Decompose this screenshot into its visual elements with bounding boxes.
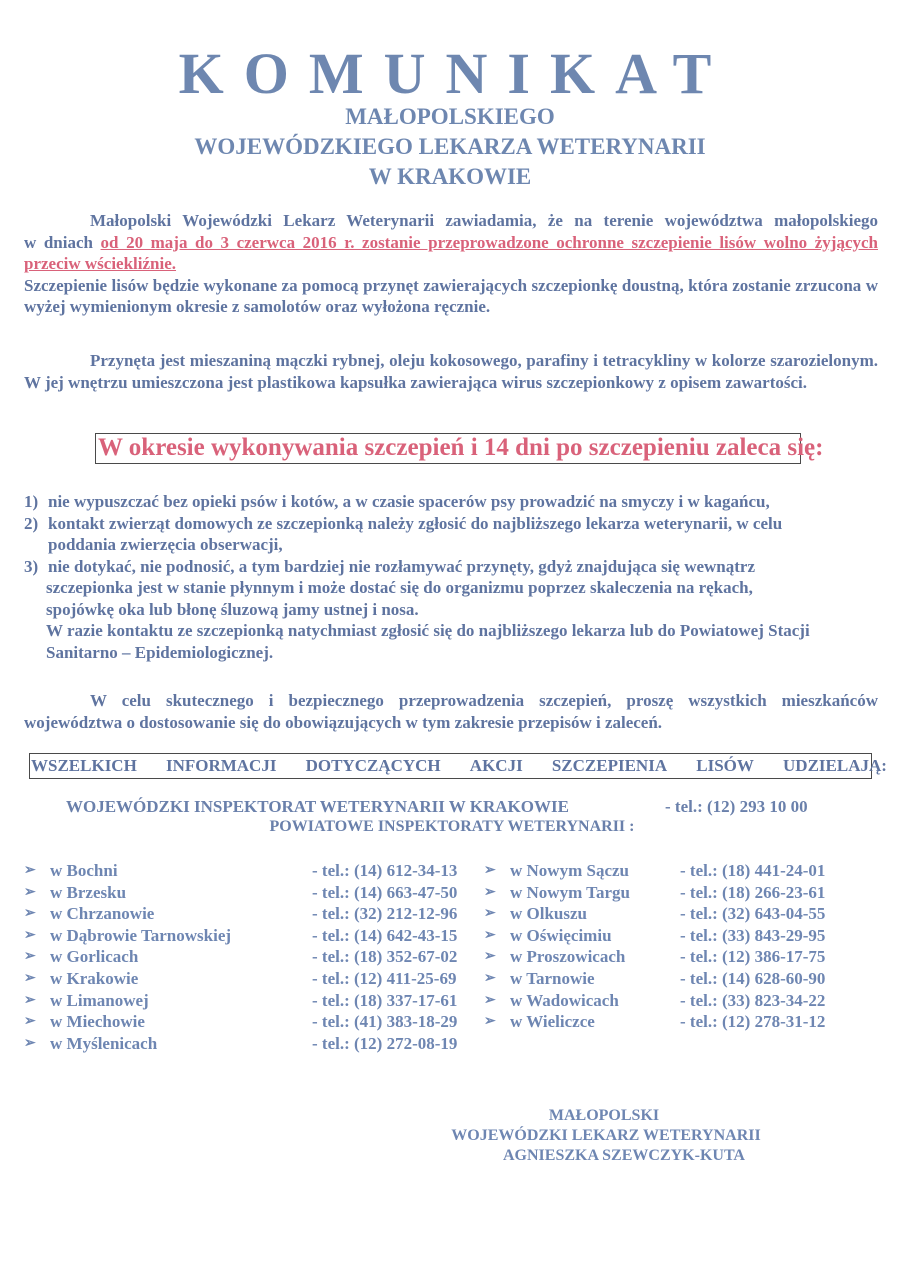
subtitle-line-2: WOJEWÓDZKIEGO LEKARZA WETERYNARII <box>0 134 900 160</box>
district-phone: - tel.: (33) 843-29-95 <box>680 925 825 947</box>
district-contact-row: ➢w Brzesku- tel.: (14) 663-47-50 <box>24 882 457 904</box>
arrow-bullet-icon: ➢ <box>24 925 50 947</box>
arrow-bullet-icon: ➢ <box>24 903 50 925</box>
district-contact-row: ➢w Bochni- tel.: (14) 612-34-13 <box>24 860 457 882</box>
district-phone: - tel.: (18) 337-17-61 <box>312 990 457 1012</box>
bait-paragraph: Przynęta jest mieszaniną mączki rybnej, … <box>24 350 878 393</box>
list-number: 1) <box>24 491 48 513</box>
district-city: w Bochni <box>50 860 312 882</box>
district-contact-row: ➢w Limanowej- tel.: (18) 337-17-61 <box>24 990 457 1012</box>
arrow-bullet-icon: ➢ <box>484 946 510 968</box>
arrow-bullet-icon: ➢ <box>24 1033 50 1055</box>
district-phone: - tel.: (14) 663-47-50 <box>312 882 457 904</box>
district-phone: - tel.: (18) 266-23-61 <box>680 882 825 904</box>
arrow-bullet-icon: ➢ <box>24 946 50 968</box>
district-city: w Gorlicach <box>50 946 312 968</box>
district-city: w Myślenicach <box>50 1033 312 1055</box>
regional-inspectorate-name: WOJEWÓDZKI INSPEKTORAT WETERYNARII W KRA… <box>66 797 569 817</box>
arrow-bullet-icon: ➢ <box>24 882 50 904</box>
district-city: w Brzesku <box>50 882 312 904</box>
arrow-bullet-icon: ➢ <box>24 968 50 990</box>
recommendations-list: 1) nie wypuszczać bez opieki psów i kotó… <box>24 491 894 663</box>
district-phone: - tel.: (12) 278-31-12 <box>680 1011 825 1033</box>
district-phone: - tel.: (14) 628-60-90 <box>680 968 825 990</box>
district-phone: - tel.: (41) 383-18-29 <box>312 1011 457 1033</box>
district-phone: - tel.: (18) 441-24-01 <box>680 860 825 882</box>
district-contact-row: ➢w Nowym Targu- tel.: (18) 266-23-61 <box>484 882 825 904</box>
district-contact-row: ➢w Dąbrowie Tarnowskiej- tel.: (14) 642-… <box>24 925 457 947</box>
closing-paragraph: W celu skutecznego i bezpiecznego przepr… <box>24 690 878 733</box>
district-city: w Nowym Sączu <box>510 860 680 882</box>
districts-left-column: ➢w Bochni- tel.: (14) 612-34-13➢w Brzesk… <box>24 860 457 1054</box>
district-phone: - tel.: (14) 612-34-13 <box>312 860 457 882</box>
district-city: w Oświęcimiu <box>510 925 680 947</box>
district-contact-row: ➢w Nowym Sączu- tel.: (18) 441-24-01 <box>484 860 825 882</box>
district-phone: - tel.: (12) 386-17-75 <box>680 946 825 968</box>
district-contact-row: ➢w Tarnowie- tel.: (14) 628-60-90 <box>484 968 825 990</box>
district-contact-row: ➢w Gorlicach- tel.: (18) 352-67-02 <box>24 946 457 968</box>
list-number: 2) <box>24 513 48 535</box>
intro-announcement: w dniach od 20 maja do 3 czerwca 2016 r.… <box>24 232 878 275</box>
district-contact-row: ➢w Wadowicach- tel.: (33) 823-34-22 <box>484 990 825 1012</box>
district-contact-row: ➢w Miechowie- tel.: (41) 383-18-29 <box>24 1011 457 1033</box>
district-phone: - tel.: (12) 411-25-69 <box>312 968 456 990</box>
arrow-bullet-icon: ➢ <box>484 990 510 1012</box>
signature-line-3: AGNIESZKA SZEWCZYK-KUTA <box>440 1146 780 1166</box>
district-contact-row: ➢w Chrzanowie- tel.: (32) 212-12-96 <box>24 903 457 925</box>
district-inspectorates-heading: POWIATOWE INSPEKTORATY WETERYNARII : <box>0 818 900 836</box>
arrow-bullet-icon: ➢ <box>484 1011 510 1033</box>
arrow-bullet-icon: ➢ <box>484 882 510 904</box>
district-city: w Nowym Targu <box>510 882 680 904</box>
district-city: w Tarnowie <box>510 968 680 990</box>
district-phone: - tel.: (32) 643-04-55 <box>680 903 825 925</box>
arrow-bullet-icon: ➢ <box>484 903 510 925</box>
district-city: w Krakowie <box>50 968 312 990</box>
list-item: 1) nie wypuszczać bez opieki psów i kotó… <box>24 491 894 513</box>
district-phone: - tel.: (12) 272-08-19 <box>312 1033 457 1055</box>
subtitle-line-1: MAŁOPOLSKIEGO <box>0 104 900 130</box>
district-phone: - tel.: (14) 642-43-15 <box>312 925 457 947</box>
district-phone: - tel.: (33) 823-34-22 <box>680 990 825 1012</box>
district-city: w Olkuszu <box>510 903 680 925</box>
arrow-bullet-icon: ➢ <box>484 860 510 882</box>
district-city: w Proszowicach <box>510 946 680 968</box>
intro-prefix: w dniach <box>24 233 101 252</box>
warning-heading: W okresie wykonywania szczepień i 14 dni… <box>95 433 801 464</box>
district-city: w Dąbrowie Tarnowskiej <box>50 925 312 947</box>
district-contact-row: ➢w Wieliczce- tel.: (12) 278-31-12 <box>484 1011 825 1033</box>
info-heading: WSZELKICH INFORMACJI DOTYCZĄCYCH AKCJI S… <box>29 753 872 779</box>
district-city: w Miechowie <box>50 1011 312 1033</box>
arrow-bullet-icon: ➢ <box>24 1011 50 1033</box>
arrow-bullet-icon: ➢ <box>484 925 510 947</box>
subtitle-line-3: W KRAKOWIE <box>0 164 900 190</box>
district-contact-row: ➢w Myślenicach- tel.: (12) 272-08-19 <box>24 1033 457 1055</box>
signature-line-1: MAŁOPOLSKI <box>440 1106 780 1126</box>
district-phone: - tel.: (32) 212-12-96 <box>312 903 457 925</box>
intro-line-1: Małopolski Wojewódzki Lekarz Weterynarii… <box>24 210 878 232</box>
list-number: 3) <box>24 556 48 578</box>
list-item: 3) nie dotykać, nie podnosić, a tym bard… <box>24 556 894 578</box>
document-title: KOMUNIKAT <box>0 40 900 107</box>
regional-inspectorate-phone: - tel.: (12) 293 10 00 <box>665 797 808 817</box>
arrow-bullet-icon: ➢ <box>24 860 50 882</box>
signature-block: MAŁOPOLSKI WOJEWÓDZKI LEKARZ WETERYNARII… <box>440 1106 780 1166</box>
list-item: 2) kontakt zwierząt domowych ze szczepio… <box>24 513 894 535</box>
signature-line-2: WOJEWÓDZKI LEKARZ WETERYNARII <box>432 1126 780 1146</box>
district-city: w Wadowicach <box>510 990 680 1012</box>
intro-paragraph: Małopolski Wojewódzki Lekarz Weterynarii… <box>24 210 878 318</box>
district-phone: - tel.: (18) 352-67-02 <box>312 946 457 968</box>
district-city: w Wieliczce <box>510 1011 680 1033</box>
vaccination-dates-highlight: od 20 maja do 3 czerwca 2016 r. zostanie… <box>24 233 878 274</box>
districts-right-column: ➢w Nowym Sączu- tel.: (18) 441-24-01➢w N… <box>484 860 825 1033</box>
district-contact-row: ➢w Proszowicach- tel.: (12) 386-17-75 <box>484 946 825 968</box>
district-city: w Chrzanowie <box>50 903 312 925</box>
district-city: w Limanowej <box>50 990 312 1012</box>
district-contact-row: ➢w Krakowie- tel.: (12) 411-25-69 <box>24 968 457 990</box>
intro-continuation: Szczepienie lisów będzie wykonane za pom… <box>24 275 878 318</box>
arrow-bullet-icon: ➢ <box>24 990 50 1012</box>
district-contact-row: ➢w Olkuszu- tel.: (32) 643-04-55 <box>484 903 825 925</box>
arrow-bullet-icon: ➢ <box>484 968 510 990</box>
district-contact-row: ➢w Oświęcimiu- tel.: (33) 843-29-95 <box>484 925 825 947</box>
